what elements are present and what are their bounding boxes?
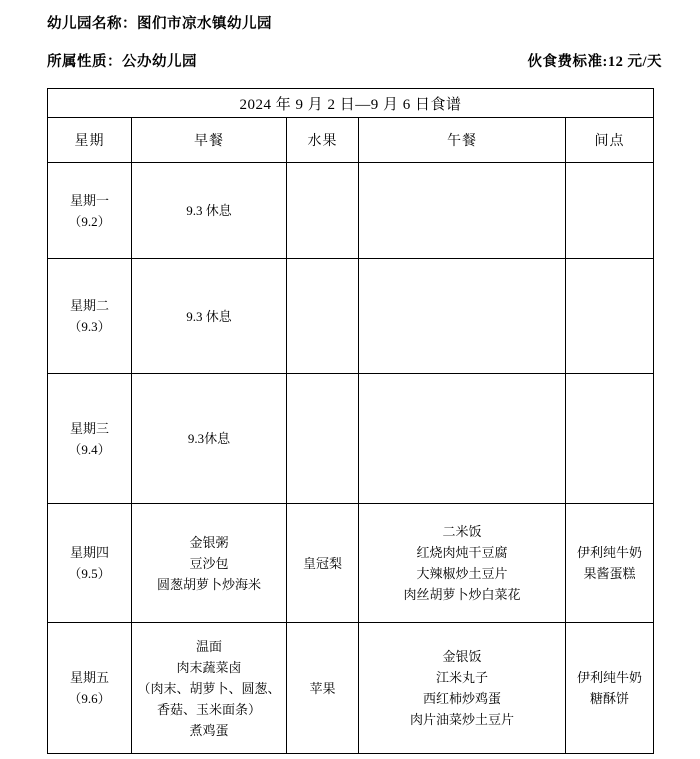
- snack-cell: [566, 259, 654, 374]
- day-cell: 星期三 （9.4）: [48, 374, 132, 504]
- breakfast-cell: 9.3 休息: [132, 163, 287, 259]
- col-header-breakfast: 早餐: [132, 118, 287, 163]
- document-header: 幼儿园名称：图们市凉水镇幼儿园 所属性质：公办幼儿园 伙食费标准:12 元/天: [47, 12, 662, 71]
- snack-cell: [566, 374, 654, 504]
- kindergarten-name-line: 幼儿园名称：图们市凉水镇幼儿园: [47, 12, 662, 33]
- col-header-snack: 间点: [566, 118, 654, 163]
- fruit-cell: [287, 259, 359, 374]
- weekly-menu-table: 2024 年 9 月 2 日—9 月 6 日食谱 星期 早餐 水果 午餐 间点 …: [47, 88, 654, 754]
- lunch-cell: [359, 163, 566, 259]
- snack-cell: 伊利纯牛奶 果酱蛋糕: [566, 504, 654, 623]
- ownership-type-label: 所属性质：公办幼儿园: [47, 50, 197, 71]
- fruit-cell: 皇冠梨: [287, 504, 359, 623]
- lunch-cell: [359, 374, 566, 504]
- snack-cell: 伊利纯牛奶 糖酥饼: [566, 623, 654, 754]
- fruit-cell: [287, 374, 359, 504]
- lunch-cell: [359, 259, 566, 374]
- table-header-row: 星期 早餐 水果 午餐 间点: [48, 118, 654, 163]
- day-cell: 星期一 （9.2）: [48, 163, 132, 259]
- snack-cell: [566, 163, 654, 259]
- day-cell: 星期四 （9.5）: [48, 504, 132, 623]
- col-header-lunch: 午餐: [359, 118, 566, 163]
- lunch-cell: 二米饭 红烧肉炖干豆腐 大辣椒炒土豆片 肉丝胡萝卜炒白菜花: [359, 504, 566, 623]
- table-row-monday: 星期一 （9.2） 9.3 休息: [48, 163, 654, 259]
- header-second-line: 所属性质：公办幼儿园 伙食费标准:12 元/天: [47, 50, 662, 71]
- lunch-cell: 金银饭 江米丸子 西红柿炒鸡蛋 肉片油菜炒土豆片: [359, 623, 566, 754]
- day-cell: 星期二 （9.3）: [48, 259, 132, 374]
- fruit-cell: 苹果: [287, 623, 359, 754]
- col-header-day: 星期: [48, 118, 132, 163]
- table-row-thursday: 星期四 （9.5） 金银粥 豆沙包 圆葱胡萝卜炒海米 皇冠梨 二米饭 红烧肉炖干…: [48, 504, 654, 623]
- meal-fee-label: 伙食费标准:12 元/天: [528, 50, 662, 71]
- table-row-tuesday: 星期二 （9.3） 9.3 休息: [48, 259, 654, 374]
- table-title-row: 2024 年 9 月 2 日—9 月 6 日食谱: [48, 89, 654, 118]
- breakfast-cell: 9.3 休息: [132, 259, 287, 374]
- document-page: 幼儿园名称：图们市凉水镇幼儿园 所属性质：公办幼儿园 伙食费标准:12 元/天 …: [0, 0, 700, 759]
- table-row-wednesday: 星期三 （9.4） 9.3休息: [48, 374, 654, 504]
- fruit-cell: [287, 163, 359, 259]
- table-title: 2024 年 9 月 2 日—9 月 6 日食谱: [48, 89, 654, 118]
- breakfast-cell: 温面 肉末蔬菜卤 （肉末、胡萝卜、圆葱、 香菇、玉米面条） 煮鸡蛋: [132, 623, 287, 754]
- breakfast-cell: 金银粥 豆沙包 圆葱胡萝卜炒海米: [132, 504, 287, 623]
- day-cell: 星期五 （9.6）: [48, 623, 132, 754]
- table-row-friday: 星期五 （9.6） 温面 肉末蔬菜卤 （肉末、胡萝卜、圆葱、 香菇、玉米面条） …: [48, 623, 654, 754]
- breakfast-cell: 9.3休息: [132, 374, 287, 504]
- col-header-fruit: 水果: [287, 118, 359, 163]
